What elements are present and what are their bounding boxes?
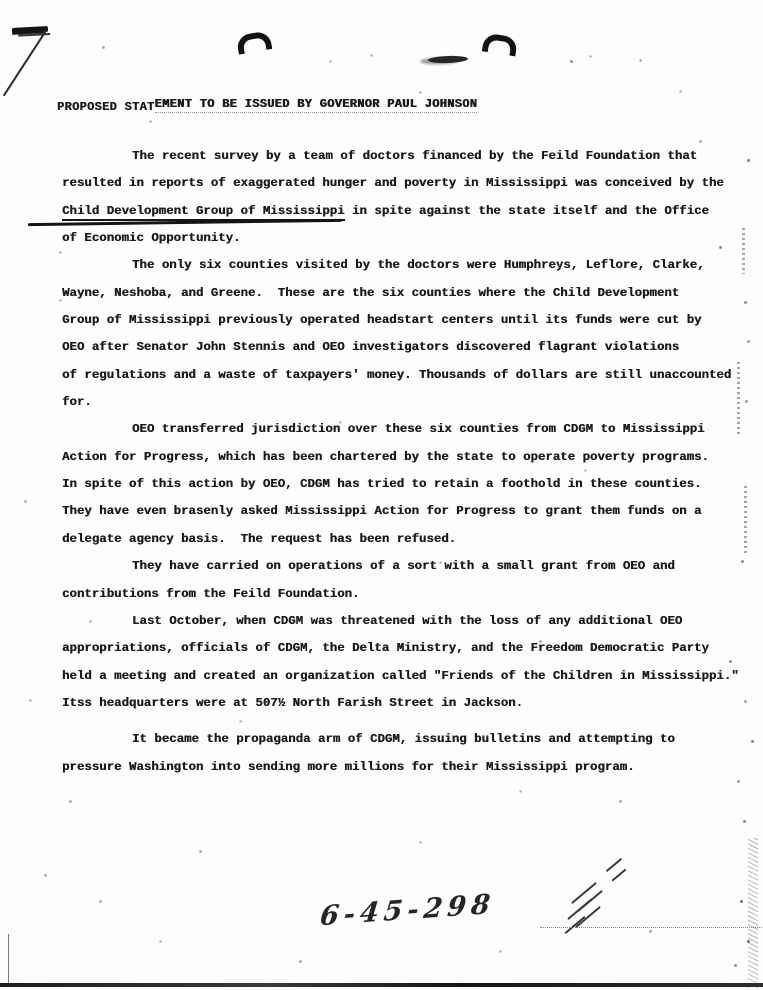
- document-line: The only six counties visited by the doc…: [62, 252, 752, 279]
- handwritten-page-number: 6-45-298: [319, 889, 497, 933]
- edge-scratch-mark: [742, 228, 745, 274]
- document-line: OEO transferred jurisdiction over these …: [62, 416, 752, 443]
- underlined-text: Child Development Group of Mississippi: [62, 204, 345, 221]
- title-text-part1: PROPOSED STAT: [57, 100, 155, 114]
- line-text: for.: [62, 395, 92, 409]
- ink-smudge-top-center: [428, 55, 468, 63]
- title-text-part2: EMENT TO BE ISSUED BY GOVERNOR PAUL JOHN…: [155, 97, 478, 113]
- edge-scratch-mark: [737, 362, 740, 436]
- line-text: pressure Washington into sending more mi…: [62, 760, 635, 774]
- line-text: contributions from the Feild Foundation.: [62, 587, 359, 601]
- diagonal-pen-mark: [3, 30, 47, 97]
- document-line: of regulations and a waste of taxpayers'…: [62, 362, 752, 389]
- line-text: They have carried on operations of a sor…: [132, 559, 675, 573]
- document-line: appropriations, officials of CDGM, the D…: [62, 635, 752, 662]
- document-line: They have carried on operations of a sor…: [62, 553, 752, 580]
- line-text: Group of Mississippi previously operated…: [62, 313, 701, 327]
- document-line: Wayne, Neshoba, and Greene. These are th…: [62, 280, 752, 307]
- line-text: The only six counties visited by the doc…: [132, 258, 705, 272]
- line-text: of regulations and a waste of taxpayers'…: [62, 368, 731, 382]
- dotted-scan-line: [540, 927, 762, 928]
- edge-scratch-mark: [744, 486, 747, 556]
- line-text: in spite against the state itself and th…: [345, 204, 709, 218]
- line-text: The recent survey by a team of doctors f…: [132, 149, 697, 163]
- document-line: delegate agency basis. The request has b…: [62, 526, 752, 553]
- document-title: PROPOSED STATEMENT TO BE ISSUED BY GOVER…: [57, 100, 477, 114]
- line-text: In spite of this action by OEO, CDGM has…: [62, 477, 701, 491]
- document-line: Last October, when CDGM was threatened w…: [62, 608, 752, 635]
- line-text: OEO transferred jurisdiction over these …: [132, 422, 705, 436]
- right-edge-noise: [748, 838, 758, 988]
- document-line: resulted in reports of exaggerated hunge…: [62, 170, 752, 197]
- line-text: Wayne, Neshoba, and Greene. These are th…: [62, 286, 679, 300]
- document-line: contributions from the Feild Foundation.: [62, 581, 752, 608]
- line-text: It became the propaganda arm of CDGM, is…: [132, 732, 675, 746]
- document-line: held a meeting and created an organizati…: [62, 663, 752, 690]
- bottom-scan-edge: [0, 983, 763, 987]
- line-text: delegate agency basis. The request has b…: [62, 532, 456, 546]
- punch-hole-mark-right: [482, 32, 519, 56]
- line-text: OEO after Senator John Stennis and OEO i…: [62, 340, 679, 354]
- document-line: for.: [62, 389, 752, 416]
- document-line: The recent survey by a team of doctors f…: [62, 143, 752, 170]
- document-line: of Economic Opportunity.: [62, 225, 752, 252]
- document-line: They have even brasenly asked Mississipp…: [62, 498, 752, 525]
- document-line: pressure Washington into sending more mi…: [62, 754, 752, 781]
- line-text: Last October, when CDGM was threatened w…: [132, 614, 682, 628]
- line-text: Itss headquarters were at 507½ North Far…: [62, 696, 523, 710]
- line-text: Action for Progress, which has been char…: [62, 450, 709, 464]
- document-body: The recent survey by a team of doctors f…: [62, 143, 752, 781]
- document-line: It became the propaganda arm of CDGM, is…: [62, 726, 752, 753]
- line-text: held a meeting and created an organizati…: [62, 669, 739, 683]
- document-line: Itss headquarters were at 507½ North Far…: [62, 690, 752, 717]
- left-edge-line: [8, 934, 9, 986]
- line-text: appropriations, officials of CDGM, the D…: [62, 641, 709, 655]
- line-text: of Economic Opportunity.: [62, 231, 240, 245]
- document-line: Action for Progress, which has been char…: [62, 444, 752, 471]
- document-line: Group of Mississippi previously operated…: [62, 307, 752, 334]
- line-text: resulted in reports of exaggerated hunge…: [62, 176, 724, 190]
- document-line: OEO after Senator John Stennis and OEO i…: [62, 334, 752, 361]
- scan-speckle-noise: [0, 0, 1, 1]
- scanned-document-page: PROPOSED STATEMENT TO BE ISSUED BY GOVER…: [0, 0, 763, 990]
- punch-hole-mark-left: [236, 30, 273, 55]
- scribble-hatch-marks: [560, 852, 650, 942]
- document-line: In spite of this action by OEO, CDGM has…: [62, 471, 752, 498]
- line-text: They have even brasenly asked Mississipp…: [62, 504, 701, 518]
